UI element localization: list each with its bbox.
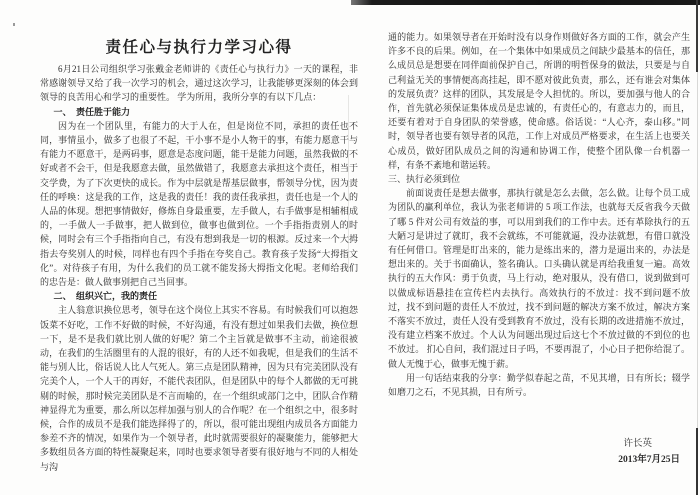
signature-block: 许长英 2013年7月25日 bbox=[388, 437, 690, 468]
scan-edge-artifact-right-bottom bbox=[696, 428, 698, 495]
scanned-document: 责任心与执行力学习心得 6月21日公司组织学习张戴金老师讲的《责任心与执行力》一… bbox=[0, 0, 700, 495]
scan-speck bbox=[13, 23, 15, 26]
section-3-paragraph: 前面说责任是想去做事，那执行就是怎么去做，怎么做。让每个员工成为团队的赢利单位，… bbox=[388, 186, 690, 371]
section-heading-1: 一、 责任胜于能力 bbox=[40, 105, 358, 119]
section-2-paragraph-continued: 通的能力。如果领导者在开始时没有以身作则做好各方面的工作，就会产生许多不良的后果… bbox=[388, 30, 690, 172]
section-heading-2: 二、 组织兴亡，我的责任 bbox=[40, 289, 358, 303]
page-right: 通的能力。如果领导者在开始时没有以身作则做好各方面的工作，就会产生许多不良的后果… bbox=[388, 30, 690, 468]
scan-edge-artifact-right-top bbox=[696, 0, 698, 72]
section-2-paragraph-start: 主人翁意识换位思考，领导在这个岗位上其实不容易。有时候我们可以抱怨饭菜不好吃，工… bbox=[40, 303, 358, 473]
signature-name: 许长英 bbox=[388, 437, 690, 452]
scan-edge-artifact-top bbox=[351, 0, 700, 5]
closing-paragraph: 用一句话结束我的分享：勤学似春起之苗，不见其增，日有所长；辍学如磨刀之石，不见其… bbox=[388, 371, 690, 399]
signature-date: 2013年7月25日 bbox=[388, 452, 690, 468]
intro-paragraph: 6月21日公司组织学习张戴金老师讲的《责任心与执行力》一天的课程，非常感谢领导又… bbox=[40, 62, 358, 105]
document-title: 责任心与执行力学习心得 bbox=[40, 38, 358, 58]
section-1-paragraph: 因为在一个团队里，有能力的大于人在，但是岗位不同，承担的责任也不同，事情虽小，做… bbox=[40, 119, 358, 289]
scan-edge-artifact-right-mid bbox=[697, 72, 698, 428]
page-left: 责任心与执行力学习心得 6月21日公司组织学习张戴金老师讲的《责任心与执行力》一… bbox=[40, 38, 358, 474]
section-heading-3: 三、执行必须到位 bbox=[388, 172, 690, 186]
